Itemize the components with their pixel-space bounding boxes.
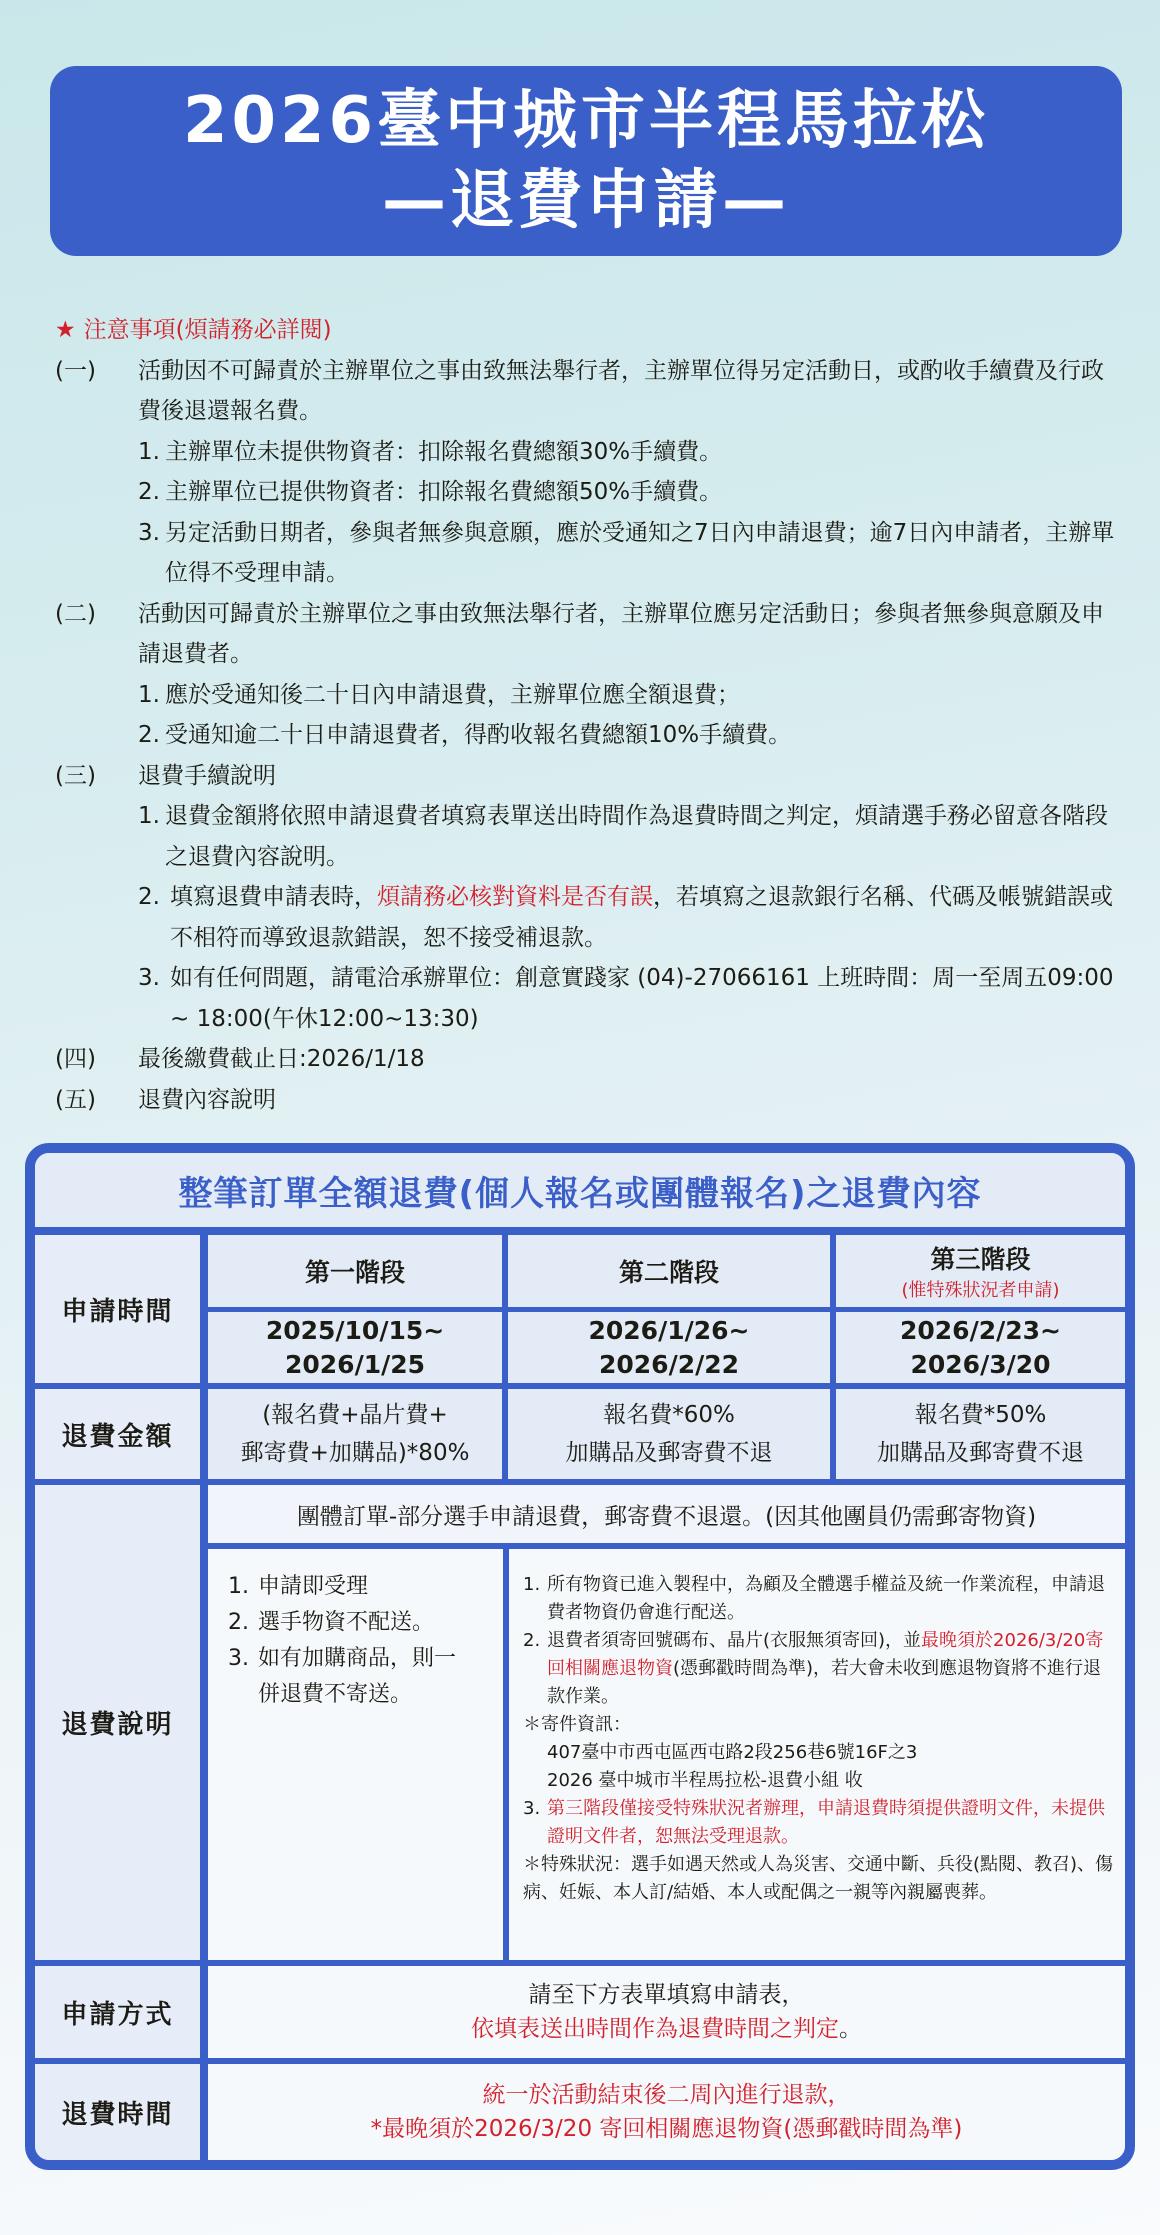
note-item: 2.受通知逾二十日申請退費者，得酌收報名費總額10%手續費。	[55, 715, 1115, 756]
star-icon: ★	[55, 317, 76, 343]
item-text: 退費者須寄回號碼布、晶片(衣服無須寄回)，並最晚須於2026/3/20寄回相關應…	[547, 1627, 1115, 1711]
mail-address: 407臺中市西屯區西屯路2段256巷6號16F之3	[523, 1739, 917, 1767]
section-number: (三)	[55, 756, 138, 797]
stage-2-amount: 報名費*60% 加購品及郵寄費不退	[508, 1389, 830, 1479]
item-number: 2.	[138, 472, 165, 513]
list-item: 1.申請即受理	[228, 1569, 368, 1605]
stage-2-dates: 2026/1/26~ 2026/2/22	[508, 1312, 830, 1383]
amount-line: 郵寄費+加購品)*80%	[241, 1434, 470, 1472]
note-item: 3.另定活動日期者，參與者無參與意願，應於受通知之7日內申請退費；逾7日內申請者…	[55, 513, 1115, 594]
stage-name: 第三階段	[930, 1240, 1030, 1276]
list-item: 2.選手物資不配送。	[228, 1605, 434, 1641]
notes-heading-text: 注意事項(煩請務必詳閱)	[84, 317, 332, 343]
method-warning: 依填表送出時間作為退費時間之判定	[471, 2016, 839, 2042]
note-section-2: (二) 活動因可歸責於主辦單位之事由致無法舉行者，主辦單位應另定活動日；參與者無…	[55, 594, 1115, 675]
item-number: 1.	[138, 675, 165, 716]
item-text: 退費金額將依照申請退費者填寫表單送出時間作為退費時間之判定，煩請選手務必留意各階…	[165, 796, 1115, 877]
row-label-refund-time: 退費時間	[35, 2064, 200, 2160]
item-text: 所有物資已進入製程中，為顧及全體選手權益及統一作業流程，申請退費者物資仍會進行配…	[547, 1571, 1115, 1627]
item-text: 應於受通知後二十日內申請退費，主辦單位應全額退費；	[165, 675, 1115, 716]
item-text: 如有加購商品，則一併退費不寄送。	[258, 1641, 458, 1713]
section-text: 退費內容說明	[138, 1080, 1115, 1121]
stage-1-amount: (報名費+晶片費+ 郵寄費+加購品)*80%	[208, 1389, 502, 1479]
item-number: 3.	[228, 1641, 258, 1713]
apply-method: 請至下方表單填寫申請表， 依填表送出時間作為退費時間之判定。	[208, 1966, 1125, 2058]
item-number: 2.	[138, 715, 165, 756]
stage-name: 第二階段	[619, 1253, 719, 1289]
amount-line: 加購品及郵寄費不退	[877, 1434, 1084, 1472]
stage-3-header: 第三階段 (惟特殊狀況者申請)	[836, 1235, 1125, 1307]
special-conditions: ＊特殊狀況：選手如遇天然或人為災害、交通中斷、兵役(點閱、教召)、傷病、妊娠、本…	[523, 1851, 1115, 1907]
note-item: 3.如有任何問題，請電洽承辦單位：創意實踐家 (04)-27066161 上班時…	[55, 958, 1115, 1039]
table-title: 整筆訂單全額退費(個人報名或團體報名)之退費內容	[35, 1153, 1125, 1227]
item-number: 3.	[523, 1795, 547, 1851]
note-item: 2.填寫退費申請表時，煩請務必核對資料是否有誤，若填寫之退款銀行名稱、代碼及帳號…	[55, 877, 1115, 958]
date-start: 2026/2/23~	[900, 1314, 1061, 1348]
notes-section: ★注意事項(煩請務必詳閱) (一) 活動因不可歸責於主辦單位之事由致無法舉行者，…	[55, 310, 1115, 1120]
item-number: 1.	[523, 1571, 547, 1627]
list-item: 1.所有物資已進入製程中，為顧及全體選手權益及統一作業流程，申請退費者物資仍會進…	[523, 1571, 1115, 1627]
amount-line: 報名費*60%	[603, 1396, 735, 1434]
refund-time-line: 統一於活動結束後二周內進行退款，	[483, 2078, 851, 2112]
stage-1-dates: 2025/10/15~ 2026/1/25	[208, 1312, 502, 1383]
stage-3-dates: 2026/2/23~ 2026/3/20	[836, 1312, 1125, 1383]
item-number: 2.	[523, 1627, 547, 1711]
section-number: (四)	[55, 1039, 138, 1080]
refund-table: 整筆訂單全額退費(個人報名或團體報名)之退費內容 申請時間 第一階段 第二階段 …	[25, 1143, 1135, 2170]
list-item: 3.第三階段僅接受特殊狀況者辦理，申請退費時須提供證明文件，未提供證明文件者，恕…	[523, 1795, 1115, 1851]
item-number: 1.	[138, 432, 165, 473]
group-order-note: 團體訂單-部分選手申請退費，郵寄費不退還。(因其他團員仍需郵寄物資)	[208, 1485, 1125, 1543]
row-label-explain: 退費說明	[35, 1485, 200, 1960]
date-start: 2025/10/15~	[266, 1314, 444, 1348]
stage-note: (惟特殊狀況者申請)	[901, 1276, 1059, 1302]
explain-left: 1.申請即受理 2.選手物資不配送。 3.如有加購商品，則一併退費不寄送。	[208, 1549, 503, 1960]
mail-recipient: 2026 臺中城市半程馬拉松-退費小組 收	[523, 1767, 863, 1795]
mail-info-label: ＊寄件資訊：	[523, 1711, 631, 1739]
item-text: 另定活動日期者，參與者無參與意願，應於受通知之7日內申請退費；逾7日內申請者，主…	[165, 513, 1115, 594]
item-number: 2.	[138, 877, 170, 958]
note-item: 1.應於受通知後二十日內申請退費，主辦單位應全額退費；	[55, 675, 1115, 716]
item-text-warning: 第三階段僅接受特殊狀況者辦理，申請退費時須提供證明文件，未提供證明文件者，恕無法…	[547, 1795, 1115, 1851]
refund-time-line: *最晚須於2026/3/20 寄回相關應退物資(憑郵戳時間為準)	[371, 2112, 963, 2146]
item-text: 主辦單位未提供物資者：扣除報名費總額30%手續費。	[165, 432, 1115, 473]
item-text-warning: 煩請務必核對資料是否有誤	[377, 884, 653, 910]
stage-1-header: 第一階段	[208, 1235, 502, 1307]
note-item: 2.主辦單位已提供物資者：扣除報名費總額50%手續費。	[55, 472, 1115, 513]
date-end: 2026/3/20	[910, 1348, 1050, 1382]
amount-line: (報名費+晶片費+	[262, 1396, 448, 1434]
section-number: (五)	[55, 1080, 138, 1121]
note-section-5: (五) 退費內容說明	[55, 1080, 1115, 1121]
section-number: (一)	[55, 351, 138, 432]
row-label-amount: 退費金額	[35, 1389, 200, 1479]
title-banner: 2026臺中城市半程馬拉松 —退費申請—	[50, 66, 1122, 256]
item-number: 3.	[138, 958, 170, 1039]
method-line: 依填表送出時間作為退費時間之判定。	[471, 2012, 862, 2046]
stage-2-header: 第二階段	[508, 1235, 830, 1307]
divider	[200, 1235, 208, 2170]
stage-3-amount: 報名費*50% 加購品及郵寄費不退	[836, 1389, 1125, 1479]
note-item: 1.主辦單位未提供物資者：扣除報名費總額30%手續費。	[55, 432, 1115, 473]
section-number: (二)	[55, 594, 138, 675]
list-item: 2.退費者須寄回號碼布、晶片(衣服無須寄回)，並最晚須於2026/3/20寄回相…	[523, 1627, 1115, 1711]
amount-line: 加購品及郵寄費不退	[566, 1434, 773, 1472]
item-number: 1.	[138, 796, 165, 877]
item-text: 填寫退費申請表時，煩請務必核對資料是否有誤，若填寫之退款銀行名稱、代碼及帳號錯誤…	[170, 877, 1115, 958]
item-number: 3.	[138, 513, 165, 594]
section-text: 活動因可歸責於主辦單位之事由致無法舉行者，主辦單位應另定活動日；參與者無參與意願…	[138, 594, 1115, 675]
item-text: 受通知逾二十日申請退費者，得酌收報名費總額10%手續費。	[165, 715, 1115, 756]
date-start: 2026/1/26~	[589, 1314, 750, 1348]
note-item: 1.退費金額將依照申請退費者填寫表單送出時間作為退費時間之判定，煩請選手務必留意…	[55, 796, 1115, 877]
method-end: 。	[839, 2016, 862, 2042]
item-text-before: 退費者須寄回號碼布、晶片(衣服無須寄回)，並	[547, 1630, 921, 1651]
notes-heading: ★注意事項(煩請務必詳閱)	[55, 310, 1115, 351]
page-subtitle: —退費申請—	[50, 161, 1122, 241]
special-label: ＊特殊狀況：	[523, 1854, 631, 1875]
section-text: 活動因不可歸責於主辦單位之事由致無法舉行者，主辦單位得另定活動日，或酌收手續費及…	[138, 351, 1115, 432]
item-text: 申請即受理	[258, 1569, 368, 1605]
note-section-4: (四) 最後繳費截止日:2026/1/18	[55, 1039, 1115, 1080]
item-text-contact: 如有任何問題，請電洽承辦單位：創意實踐家 (04)-27066161 上班時間：…	[170, 958, 1115, 1039]
note-section-1: (一) 活動因不可歸責於主辦單位之事由致無法舉行者，主辦單位得另定活動日，或酌收…	[55, 351, 1115, 432]
item-number: 2.	[228, 1605, 258, 1641]
item-text: 主辦單位已提供物資者：扣除報名費總額50%手續費。	[165, 472, 1115, 513]
item-text-before: 填寫退費申請表時，	[170, 884, 377, 910]
stage-name: 第一階段	[305, 1253, 405, 1289]
date-end: 2026/2/22	[599, 1348, 739, 1382]
method-line: 請至下方表單填寫申請表，	[529, 1978, 805, 2012]
row-label-time: 申請時間	[35, 1235, 200, 1383]
item-text: 選手物資不配送。	[258, 1605, 434, 1641]
explain-right: 1.所有物資已進入製程中，為顧及全體選手權益及統一作業流程，申請退費者物資仍會進…	[509, 1549, 1125, 1960]
list-item: 3.如有加購商品，則一併退費不寄送。	[228, 1641, 458, 1713]
row-label-method: 申請方式	[35, 1966, 200, 2058]
item-number: 1.	[228, 1569, 258, 1605]
amount-line: 報名費*50%	[915, 1396, 1047, 1434]
date-end: 2026/1/25	[285, 1348, 425, 1382]
section-text: 退費手續說明	[138, 756, 1115, 797]
section-text: 最後繳費截止日:2026/1/18	[138, 1039, 1115, 1080]
refund-time: 統一於活動結束後二周內進行退款， *最晚須於2026/3/20 寄回相關應退物資…	[208, 2064, 1125, 2160]
divider	[35, 1227, 1125, 1235]
page-title: 2026臺中城市半程馬拉松	[50, 81, 1122, 161]
note-section-3: (三) 退費手續說明	[55, 756, 1115, 797]
